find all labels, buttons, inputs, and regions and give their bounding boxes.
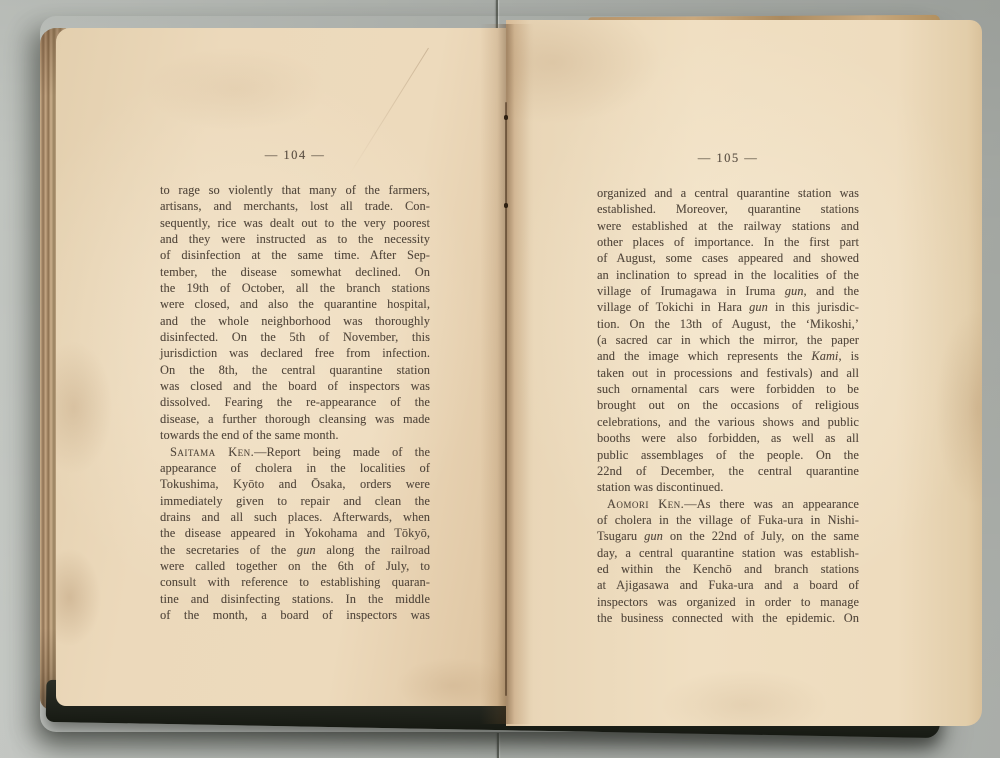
body-text: and the image which represents the — [597, 349, 811, 363]
text-line: tion. On the 13th of August, the ‘Mikosh… — [597, 316, 859, 332]
binding-stitch — [504, 115, 508, 120]
text-line: organized and a central quarantine stati… — [597, 185, 859, 201]
body-text: towards the end of the same month. — [160, 428, 339, 442]
text-line: of disinfection at the same time. After … — [160, 247, 430, 263]
text-line: an inclination to spread in the localiti… — [597, 267, 859, 283]
body-text: day, a central quarantine station was es… — [597, 546, 859, 560]
body-text: tember, the disease somewhat declined. O… — [160, 265, 430, 279]
text-line: 22nd of December, the central quarantine — [597, 463, 859, 479]
text-line: and the image which represents the Kami,… — [597, 348, 859, 364]
text-line: other places of importance. In the first… — [597, 234, 859, 250]
text-line: disease, a further thorough cleansing wa… — [160, 411, 430, 427]
body-text: were closed, and also the quarantine hos… — [160, 297, 430, 311]
text-line: at Ajigasawa and Fuka-ura and a board of — [597, 577, 859, 593]
body-text: dissolved. Fearing the re-appearance of … — [160, 395, 430, 409]
body-text: booths were also forbidden, as well as a… — [597, 431, 859, 445]
text-line: ed within the Kenchō and branch stations — [597, 561, 859, 577]
text-line: brought out on the occasions of religiou… — [597, 397, 859, 413]
body-text: jurisdiction was declared free from infe… — [160, 346, 430, 360]
body-text: was closed and the board of inspectors w… — [160, 379, 430, 393]
text-line: and they were instructed as to the neces… — [160, 231, 430, 247]
body-text: of August, some cases appeared and showe… — [597, 251, 859, 265]
body-text: organized and a central quarantine stati… — [597, 186, 859, 200]
body-text: tine and disinfecting stations. In the m… — [160, 592, 430, 606]
italic-term: gun — [785, 284, 804, 298]
table-surface-seam-bottom — [497, 733, 499, 758]
text-line: Aomori Ken.—As there was an appearance — [597, 496, 859, 512]
body-text: the 19th of October, all the branch stat… — [160, 281, 430, 295]
italic-term: gun — [297, 543, 316, 557]
body-text: of the month, a board of inspectors was — [160, 608, 430, 622]
text-line: the 19th of October, all the branch stat… — [160, 280, 430, 296]
text-line: (a sacred car in which the mirror, the p… — [597, 332, 859, 348]
text-line: celebrations, and the various shows and … — [597, 414, 859, 430]
text-line: village of Irumagawa in Iruma gun, and t… — [597, 283, 859, 299]
text-line: booths were also forbidden, as well as a… — [597, 430, 859, 446]
text-line: of cholera in the village of Fuka-ura in… — [597, 512, 859, 528]
page-number-right: — 105 — — [597, 151, 859, 166]
body-text: disinfected. On the 5th of November, thi… — [160, 330, 430, 344]
body-text: consult with reference to establishing q… — [160, 575, 430, 589]
body-text: an inclination to spread in the localiti… — [597, 268, 859, 282]
body-text: of cholera in the village of Fuka-ura in… — [597, 513, 859, 527]
body-text: brought out on the occasions of religiou… — [597, 398, 859, 412]
text-line: tine and disinfecting stations. In the m… — [160, 591, 430, 607]
text-line: were called together on the 6th of July,… — [160, 558, 430, 574]
body-text: immediately given to repair and clean th… — [160, 494, 430, 508]
text-line: of the month, a board of inspectors was — [160, 607, 430, 623]
body-text: —As there was an appearance — [684, 497, 859, 511]
text-line: tember, the disease somewhat declined. O… — [160, 264, 430, 280]
italic-term: Kami — [811, 349, 838, 363]
text-line: station was discontinued. — [597, 479, 859, 495]
body-text: disease, a further thorough cleansing wa… — [160, 412, 430, 426]
section-heading-smallcaps: Saitama Ken. — [170, 445, 254, 459]
body-text: and they were instructed as to the neces… — [160, 232, 430, 246]
text-line: Tsugaru gun on the 22nd of July, on the … — [597, 528, 859, 544]
text-line: the business connected with the epidemic… — [597, 610, 859, 626]
text-line: Tokushima, Kyōto and Ōsaka, orders were — [160, 476, 430, 492]
body-text: the business connected with the epidemic… — [597, 611, 859, 625]
body-text: On the 8th, the central quarantine stati… — [160, 363, 430, 377]
text-line: was closed and the board of inspectors w… — [160, 378, 430, 394]
text-line: artisans, and merchants, lost all trade.… — [160, 198, 430, 214]
body-text: public assemblages of the people. On the — [597, 448, 859, 462]
right-page-text-lines: organized and a central quarantine stati… — [597, 185, 859, 626]
text-line: of August, some cases appeared and showe… — [597, 250, 859, 266]
text-line: to rage so violently that many of the fa… — [160, 182, 430, 198]
text-line: jurisdiction was declared free from infe… — [160, 345, 430, 361]
body-text: station was discontinued. — [597, 480, 723, 494]
text-line: were established at the railway stations… — [597, 218, 859, 234]
text-line: sequently, rice was dealt out to the ver… — [160, 215, 430, 231]
body-text: tion. On the 13th of August, the ‘Mikosh… — [597, 317, 859, 331]
body-text: along the railroad — [316, 543, 430, 557]
text-line: established. Moreover, quarantine statio… — [597, 201, 859, 217]
body-text: other places of importance. In the first… — [597, 235, 859, 249]
text-line: day, a central quarantine station was es… — [597, 545, 859, 561]
left-page-text-lines: to rage so violently that many of the fa… — [160, 182, 430, 623]
body-text: and the whole neighborhood was thoroughl… — [160, 314, 430, 328]
body-text: artisans, and merchants, lost all trade.… — [160, 199, 430, 213]
left-page-text-block: — 104 — to rage so violently that many o… — [160, 148, 430, 648]
text-line: consult with reference to establishing q… — [160, 574, 430, 590]
body-text: to rage so violently that many of the fa… — [160, 183, 430, 197]
text-line: taken out in processions and festivals) … — [597, 365, 859, 381]
text-line: disinfected. On the 5th of November, thi… — [160, 329, 430, 345]
text-line: such ornamental cars were forbidden to b… — [597, 381, 859, 397]
body-text: such ornamental cars were forbidden to b… — [597, 382, 859, 396]
italic-term: gun — [749, 300, 768, 314]
text-line: inspectors was organized in order to man… — [597, 594, 859, 610]
text-line: towards the end of the same month. — [160, 427, 430, 443]
text-line: and the whole neighborhood was thoroughl… — [160, 313, 430, 329]
text-line: the secretaries of the gun along the rai… — [160, 542, 430, 558]
text-line: dissolved. Fearing the re-appearance of … — [160, 394, 430, 410]
body-text: established. Moreover, quarantine statio… — [597, 202, 859, 216]
body-text: were called together on the 6th of July,… — [160, 559, 430, 573]
text-line: appearance of cholera in the localities … — [160, 460, 430, 476]
section-heading-smallcaps: Aomori Ken. — [607, 497, 684, 511]
body-text: at Ajigasawa and Fuka-ura and a board of — [597, 578, 859, 592]
body-text: sequently, rice was dealt out to the ver… — [160, 216, 430, 230]
body-text: (a sacred car in which the mirror, the p… — [597, 333, 859, 347]
text-line: On the 8th, the central quarantine stati… — [160, 362, 430, 378]
body-text: were established at the railway stations… — [597, 219, 859, 233]
right-page-text-block: — 105 — organized and a central quaranti… — [597, 151, 859, 651]
body-text: inspectors was organized in order to man… — [597, 595, 859, 609]
text-line: drains and all such places. Afterwards, … — [160, 509, 430, 525]
binding-stitch — [504, 203, 508, 208]
body-text: appearance of cholera in the localities … — [160, 461, 430, 475]
body-text: village of Irumagawa in Iruma — [597, 284, 785, 298]
body-text: in this jurisdic- — [768, 300, 859, 314]
text-line: were closed, and also the quarantine hos… — [160, 296, 430, 312]
body-text: ed within the Kenchō and branch stations — [597, 562, 859, 576]
body-text: of disinfection at the same time. After … — [160, 248, 430, 262]
body-text: drains and all such places. Afterwards, … — [160, 510, 430, 524]
body-text: —Report being made of the — [254, 445, 430, 459]
text-line: Saitama Ken.—Report being made of the — [160, 444, 430, 460]
body-text: village of Tokichi in Hara — [597, 300, 749, 314]
body-text: the secretaries of the — [160, 543, 297, 557]
body-text: taken out in processions and festivals) … — [597, 366, 859, 380]
binding-thread — [505, 102, 507, 696]
page-number-left: — 104 — — [160, 148, 430, 163]
text-line: immediately given to repair and clean th… — [160, 493, 430, 509]
body-text: celebrations, and the various shows and … — [597, 415, 859, 429]
body-text: 22nd of December, the central quarantine — [597, 464, 859, 478]
body-text: , is — [838, 349, 859, 363]
text-line: the disease appeared in Yokohama and Tōk… — [160, 525, 430, 541]
body-text: , and the — [804, 284, 859, 298]
italic-term: gun — [644, 529, 663, 543]
text-line: public assemblages of the people. On the — [597, 447, 859, 463]
body-text: Tsugaru — [597, 529, 644, 543]
body-text: on the 22nd of July, on the same — [663, 529, 859, 543]
text-line: village of Tokichi in Hara gun in this j… — [597, 299, 859, 315]
body-text: Tokushima, Kyōto and Ōsaka, orders were — [160, 477, 430, 491]
body-text: the disease appeared in Yokohama and Tōk… — [160, 526, 430, 540]
